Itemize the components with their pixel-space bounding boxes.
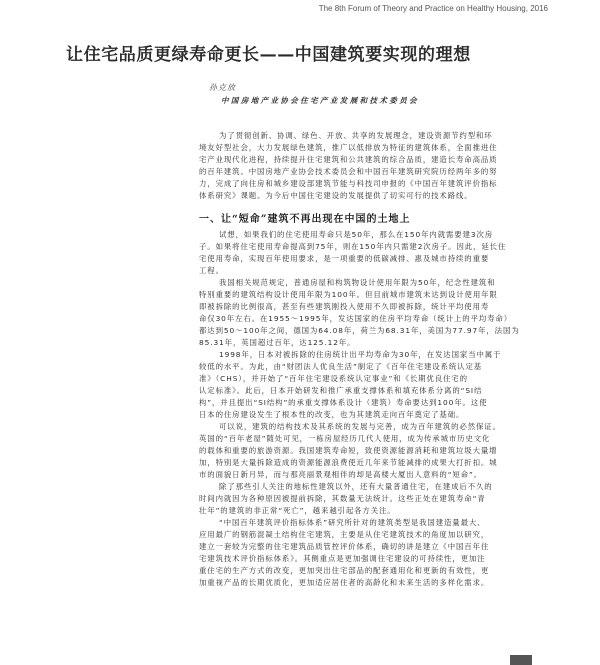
text-line: 建立一套较为完整的住宅建筑品质管控评价体系，确切的讲是建立《中国百年住 [199,541,551,553]
text-line: 1998年，日本对被拆除的住房统计出平均寿命为30年，在发达国家当中属于 [199,349,551,361]
text-line: 工程。 [199,265,551,277]
text-line: 特别重要的建筑结构设计使用年限为100年。但目前城市建筑未达到设计使用年限 [199,289,551,301]
text-line: 加重视产品的长期优质化，更加适应居住者的高龄化和未来生活的多样化需求。 [199,577,551,589]
text-line: 我国相关规范规定，普通房屋和构筑物设计使用年限为50年，纪念性建筑和 [199,277,551,289]
text-line: 可以说，建筑的结构技术及其系统的发展与完善，成为百年建筑的必然保证。 [199,421,551,433]
body-column: 为了贯彻创新、协调、绿色、开放、共享的发展理念，建设资源节约型和环 境友好型社会… [199,130,551,589]
text-line: 命仅30年左右。在1955～1995年，发达国家的住房平均寿命（统计上的平均寿命… [199,313,551,325]
article-title: 让住宅品质更绿寿命更长——中国建筑要实现的理想 [66,40,536,65]
abstract-paragraph: 为了贯彻创新、协调、绿色、开放、共享的发展理念，建设资源节约型和环 境友好型社会… [199,130,551,202]
text-line: 加，特别是大量拆除造成的资源能源浪费使近几年来节能减排的成果大打折扣。城 [199,457,551,469]
body-paragraph: 除了那些引人关注的地标性建筑以外，还有大量普通住宅，在建成后不久的 时间内就因为… [199,481,551,517]
body-paragraph: 试想，如果我们的住宅使用寿命只是50年，那么在150年内就需要建3次房 子。如果… [199,229,551,277]
text-line: 市的面貌日新月异，而与那亮丽景观相伴的却是高楼大厦出人意料的“短命”。 [199,469,551,481]
page-marker-tab [510,655,532,665]
text-line: 为了贯彻创新、协调、绿色、开放、共享的发展理念，建设资源节约型和环 [199,130,551,142]
text-line: 应用最广的钢筋混凝土结构住宅建筑，主要是从住宅建筑技术的角度加以研究， [199,529,551,541]
text-line: 子。如果将住宅使用寿命提高到75年，则在150年内只需建2次房子。因此，延长住 [199,241,551,253]
author-affiliation: 中国房地产业协会住宅产业发展和技术委员会 [221,95,419,106]
text-line: 力，完成了向住房和城乡建设部建筑节能与科技司申报的《中国百年建筑评价指标 [199,178,551,190]
text-line: 构”，并且提出“SI结构”的承重支撑体系设计（建筑）寿命要达到100年。这使 [199,397,551,409]
text-line: 的百年建筑。中国房地产业协会技术委员会和中国百年建筑研究院历经两年多的努 [199,166,551,178]
text-line: 较低的水平。为此，由“财团法人优良生活”制定了《百年住宅建设系统认定基 [199,361,551,373]
text-line: 认定标准》。此后，日本开始研发和推广承重支撑体系和填充体系分离的“SI结 [199,385,551,397]
author-name: 孙克放 [209,82,236,93]
text-line: 壮年”的建筑的非正常“死亡”，越来越引起各方关注。 [199,505,551,517]
text-line: 即被拆除的比例很高，甚至有些建筑刚投入使用不久即被拆除，统计平均使用寿 [199,301,551,313]
text-line: 的载体和重要的旅游资源。我国建筑寿命短，致使资源能源消耗和建筑垃圾大量增 [199,445,551,457]
text-line: 宅使用寿命，实现百年使用要求，是一项重要的低碳减排、惠及城市持续的重要 [199,253,551,265]
body-paragraph: 我国相关规范规定，普通房屋和构筑物设计使用年限为50年，纪念性建筑和 特别重要的… [199,277,551,349]
text-line: 体系研究》课题。为今后中国住宅建设的发展提供了切实可行的技术路线。 [199,190,551,202]
body-paragraph: 可以说，建筑的结构技术及其系统的发展与完善，成为百年建筑的必然保证。 英国的“百… [199,421,551,481]
text-line: “中国百年建筑评价指标体系”研究所针对的建筑类型是我国建造量最大、 [199,517,551,529]
text-line: 时间内就因为各种原因被提前拆除，其数量无法统计。这些正处在建筑寿命“青 [199,493,551,505]
text-line: 准》（CHS），并开始了“百年住宅建设系统认定事业”和《长期优良住宅的 [199,373,551,385]
text-line: 宅建筑技术评价指标体系》。其侧重点是更加强调住宅建设的可持续性，更加注 [199,553,551,565]
text-line: 日本的住房建设发生了根本性的改变，也为其建筑走向百年奠定了基础。 [199,409,551,421]
text-line: 除了那些引人关注的地标性建筑以外，还有大量普通住宅，在建成后不久的 [199,481,551,493]
text-line: 都达到50～100年之间，德国为64.08年，荷兰为68.31年，美国为77.9… [199,325,551,337]
text-line: 试想，如果我们的住宅使用寿命只是50年，那么在150年内就需要建3次房 [199,229,551,241]
body-paragraph: 1998年，日本对被拆除的住房统计出平均寿命为30年，在发达国家当中属于 较低的… [199,349,551,421]
body-paragraph: “中国百年建筑评价指标体系”研究所针对的建筑类型是我国建造量最大、 应用最广的钢… [199,517,551,589]
text-line: 英国的“百年老屋”随处可见，一栋房屋经历几代人使用，成为传承城市历史文化 [199,433,551,445]
conference-title: The 8th Forum of Theory and Practice on … [319,4,548,13]
running-header: The 8th Forum of Theory and Practice on … [319,4,548,13]
text-line: 宅产业现代化进程，持续提升住宅建筑和公共建筑的综合品质，建造长寿命高品质 [199,154,551,166]
section-heading: 一、让“短命”建筑不再出现在中国的土地上 [199,212,551,228]
text-line: 85.31年，英国超过百年，达125.12年。 [199,337,551,349]
text-line: 境友好型社会，大力发展绿色建筑，推广以低排放为特征的建筑体系，全面推进住 [199,142,551,154]
text-line: 重住宅的生产方式的改变，更加突出住宅部品的配套通用化和更新的有效性，更 [199,565,551,577]
